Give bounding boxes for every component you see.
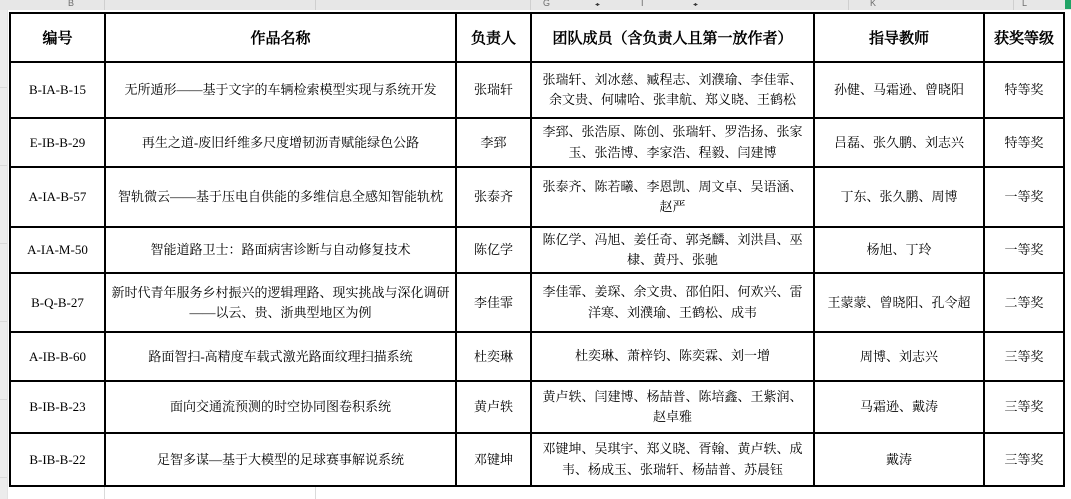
cell-title[interactable]: 面向交通流预测的时空协同图卷积系统 xyxy=(105,381,456,433)
cell-members[interactable]: 李郅、张浩原、陈创、张瑞轩、罗浩扬、张家玉、张浩博、李家浩、程毅、闫建博 xyxy=(531,118,814,167)
cell-award[interactable]: 三等奖 xyxy=(984,332,1064,381)
column-separator xyxy=(848,0,849,10)
cell-leader[interactable]: 陈亿学 xyxy=(456,227,531,273)
table-row: B-Q-B-27 新时代青年服务乡村振兴的逻辑理路、现实挑战与深化调研——以云、… xyxy=(10,273,1064,332)
cell-advisors[interactable]: 吕磊、张久鹏、刘志兴 xyxy=(814,118,984,167)
cell-members[interactable]: 张泰齐、陈若曦、李恩凯、周文卓、吴语涵、赵严 xyxy=(531,167,814,227)
cell-advisors[interactable]: 王蒙蒙、曾晓阳、孔令超 xyxy=(814,273,984,332)
cell-id[interactable]: A-IA-M-50 xyxy=(10,227,105,273)
cell-leader[interactable]: 黄卢轶 xyxy=(456,381,531,433)
column-letter[interactable]: K xyxy=(870,0,876,9)
column-separator xyxy=(530,0,531,10)
cell-leader[interactable]: 李佳霏 xyxy=(456,273,531,332)
cell-advisors[interactable]: 戴涛 xyxy=(814,433,984,486)
gridline xyxy=(315,486,316,499)
table-row: E-IB-B-29 再生之道-废旧纤维多尺度增韧沥青赋能绿色公路 李郅 李郅、张… xyxy=(10,118,1064,167)
selection-accent xyxy=(1065,0,1071,9)
table-row: A-IA-M-50 智能道路卫士：路面病害诊断与自动修复技术 陈亿学 陈亿学、冯… xyxy=(10,227,1064,273)
table-row: A-IB-B-60 路面智扫-高精度车载式激光路面纹理扫描系统 杜奕琳 杜奕琳、… xyxy=(10,332,1064,381)
cell-leader[interactable]: 杜奕琳 xyxy=(456,332,531,381)
cell-members[interactable]: 邓键坤、吴琪宇、郑义晓、胥翰、黄卢轶、成韦、杨成玉、张瑞轩、杨喆普、苏晨钰 xyxy=(531,433,814,486)
cell-members[interactable]: 杜奕琳、萧梓钧、陈奕霖、刘一增 xyxy=(531,332,814,381)
cell-leader[interactable]: 邓键坤 xyxy=(456,433,531,486)
cell-title[interactable]: 再生之道-废旧纤维多尺度增韧沥青赋能绿色公路 xyxy=(105,118,456,167)
cell-leader[interactable]: 李郅 xyxy=(456,118,531,167)
header-cell-leader[interactable]: 负责人 xyxy=(456,13,531,62)
column-separator xyxy=(315,0,316,10)
cell-title[interactable]: 足智多谋—基于大模型的足球赛事解说系统 xyxy=(105,433,456,486)
column-header-strip: B G ◂▸ I ◂▸ K L xyxy=(0,0,1071,10)
column-separator xyxy=(1013,0,1014,10)
table-row: B-IA-B-15 无所遁形——基于文字的车辆检索模型实现与系统开发 张瑞轩 张… xyxy=(10,62,1064,118)
cell-advisors[interactable]: 马霜逊、戴涛 xyxy=(814,381,984,433)
cell-award[interactable]: 特等奖 xyxy=(984,118,1064,167)
column-letter[interactable]: L xyxy=(1022,0,1027,9)
cell-title[interactable]: 路面智扫-高精度车载式激光路面纹理扫描系统 xyxy=(105,332,456,381)
row-header-gutter[interactable] xyxy=(0,10,8,499)
cell-title[interactable]: 无所遁形——基于文字的车辆检索模型实现与系统开发 xyxy=(105,62,456,118)
cell-members[interactable]: 黄卢轶、闫建博、杨喆普、陈培鑫、王紫润、赵卓雅 xyxy=(531,381,814,433)
cell-id[interactable]: B-IB-B-23 xyxy=(10,381,105,433)
cell-id[interactable]: A-IA-B-57 xyxy=(10,167,105,227)
column-separator xyxy=(104,0,105,10)
cell-title[interactable]: 智轨微云——基于压电自供能的多维信息全感知智能轨枕 xyxy=(105,167,456,227)
table-row: B-IB-B-22 足智多谋—基于大模型的足球赛事解说系统 邓键坤 邓键坤、吴琪… xyxy=(10,433,1064,486)
cell-id[interactable]: B-IA-B-15 xyxy=(10,62,105,118)
cell-advisors[interactable]: 孙健、马霜逊、曾晓阳 xyxy=(814,62,984,118)
cell-leader[interactable]: 张泰齐 xyxy=(456,167,531,227)
cell-id[interactable]: A-IB-B-60 xyxy=(10,332,105,381)
header-cell-title[interactable]: 作品名称 xyxy=(105,13,456,62)
column-letter[interactable]: B xyxy=(68,0,74,9)
table-row: A-IA-B-57 智轨微云——基于压电自供能的多维信息全感知智能轨枕 张泰齐 … xyxy=(10,167,1064,227)
awards-table: 编号 作品名称 负责人 团队成员（含负责人且第一放作者） 指导教师 获奖等级 B… xyxy=(9,12,1065,487)
cell-award[interactable]: 一等奖 xyxy=(984,167,1064,227)
cell-id[interactable]: B-IB-B-22 xyxy=(10,433,105,486)
cell-award[interactable]: 三等奖 xyxy=(984,433,1064,486)
cell-award[interactable]: 特等奖 xyxy=(984,62,1064,118)
header-cell-award[interactable]: 获奖等级 xyxy=(984,13,1064,62)
cell-members[interactable]: 陈亿学、冯旭、姜任奇、郭尧麟、刘洪昌、巫棣、黄丹、张驰 xyxy=(531,227,814,273)
column-letter[interactable]: I xyxy=(641,0,644,9)
cell-id[interactable]: B-Q-B-27 xyxy=(10,273,105,332)
cell-award[interactable]: 二等奖 xyxy=(984,273,1064,332)
cell-advisors[interactable]: 周博、刘志兴 xyxy=(814,332,984,381)
header-cell-members[interactable]: 团队成员（含负责人且第一放作者） xyxy=(531,13,814,62)
cell-title[interactable]: 智能道路卫士：路面病害诊断与自动修复技术 xyxy=(105,227,456,273)
gridline xyxy=(104,486,105,499)
cell-award[interactable]: 一等奖 xyxy=(984,227,1064,273)
cell-title[interactable]: 新时代青年服务乡村振兴的逻辑理路、现实挑战与深化调研——以云、贵、浙典型地区为例 xyxy=(105,273,456,332)
cell-advisors[interactable]: 丁东、张久鹏、周博 xyxy=(814,167,984,227)
cell-members[interactable]: 张瑞轩、刘冰慈、臧程志、刘濮瑜、李佳霏、余文贵、何啸哈、张聿航、郑义晓、王鹤松 xyxy=(531,62,814,118)
cell-id[interactable]: E-IB-B-29 xyxy=(10,118,105,167)
column-letter[interactable]: G xyxy=(543,0,550,9)
header-cell-advisors[interactable]: 指导教师 xyxy=(814,13,984,62)
cell-members[interactable]: 李佳霏、姜琛、余文贵、邵伯阳、何欢兴、雷洋寒、刘濮瑜、王鹤松、成韦 xyxy=(531,273,814,332)
cell-advisors[interactable]: 杨旭、丁玲 xyxy=(814,227,984,273)
header-cell-id[interactable]: 编号 xyxy=(10,13,105,62)
cell-award[interactable]: 三等奖 xyxy=(984,381,1064,433)
cell-leader[interactable]: 张瑞轩 xyxy=(456,62,531,118)
table-row: B-IB-B-23 面向交通流预测的时空协同图卷积系统 黄卢轶 黄卢轶、闫建博、… xyxy=(10,381,1064,433)
header-row: 编号 作品名称 负责人 团队成员（含负责人且第一放作者） 指导教师 获奖等级 xyxy=(10,13,1064,62)
hidden-columns-marker-icon[interactable]: ◂▸ xyxy=(595,1,599,9)
hidden-columns-marker-icon[interactable]: ◂▸ xyxy=(693,1,697,9)
